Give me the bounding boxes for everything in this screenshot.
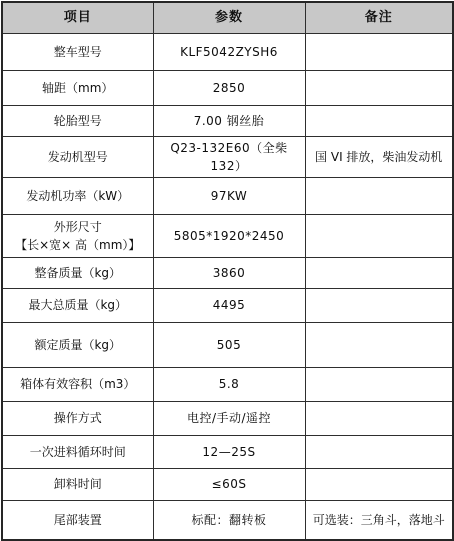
- value-cell: Q23-132E60（全柴 132）: [153, 136, 305, 177]
- value-cell: 3860: [153, 257, 305, 288]
- note-cell: [305, 322, 453, 367]
- item-cell: 轮胎型号: [2, 105, 153, 136]
- table-row: 额定质量（kg） 505: [2, 322, 453, 367]
- table-row: 轴距（mm） 2850: [2, 70, 453, 105]
- value-cell: 97KW: [153, 177, 305, 214]
- item-cell: 整备质量（kg）: [2, 257, 153, 288]
- note-cell: 可选装：三角斗，落地斗: [305, 500, 453, 540]
- item-cell: 额定质量（kg）: [2, 322, 153, 367]
- header-parameter: 参数: [153, 2, 305, 33]
- header-note: 备注: [305, 2, 453, 33]
- value-cell: 505: [153, 322, 305, 367]
- item-cell: 操作方式: [2, 401, 153, 435]
- item-cell: 外形尺寸 【长×宽× 高（mm）】: [2, 214, 153, 257]
- table-row: 轮胎型号 7.00 钢丝胎: [2, 105, 453, 136]
- item-cell: 卸料时间: [2, 468, 153, 500]
- value-cell: 5.8: [153, 367, 305, 401]
- note-cell: [305, 33, 453, 70]
- table-row: 外形尺寸 【长×宽× 高（mm）】 5805*1920*2450: [2, 214, 453, 257]
- note-cell: [305, 401, 453, 435]
- item-cell: 最大总质量（kg）: [2, 288, 153, 322]
- table-row: 箱体有效容积（m3） 5.8: [2, 367, 453, 401]
- table-row: 尾部装置 标配：翻转板 可选装：三角斗，落地斗: [2, 500, 453, 540]
- table-row: 一次进料循环时间 12—25S: [2, 435, 453, 468]
- item-cell: 尾部装置: [2, 500, 153, 540]
- note-cell: [305, 435, 453, 468]
- header-row: 项目 参数 备注: [2, 2, 453, 33]
- note-cell: [305, 70, 453, 105]
- note-cell: [305, 468, 453, 500]
- table-row: 操作方式 电控/手动/遥控: [2, 401, 453, 435]
- spec-table: 项目 参数 备注 整车型号 KLF5042ZYSH6 轴距（mm） 2850 轮…: [1, 1, 454, 541]
- note-cell: [305, 214, 453, 257]
- item-cell: 整车型号: [2, 33, 153, 70]
- value-cell: 12—25S: [153, 435, 305, 468]
- table-row: 卸料时间 ≤60S: [2, 468, 453, 500]
- table-row: 最大总质量（kg） 4495: [2, 288, 453, 322]
- note-cell: [305, 367, 453, 401]
- item-cell: 发动机功率（kW）: [2, 177, 153, 214]
- note-cell: [305, 177, 453, 214]
- value-cell: 标配：翻转板: [153, 500, 305, 540]
- item-cell: 发动机型号: [2, 136, 153, 177]
- item-cell: 轴距（mm）: [2, 70, 153, 105]
- table-row: 整备质量（kg） 3860: [2, 257, 453, 288]
- note-cell: 国 VI 排放，柴油发动机: [305, 136, 453, 177]
- document-page: 项目 参数 备注 整车型号 KLF5042ZYSH6 轴距（mm） 2850 轮…: [0, 0, 454, 536]
- value-cell: KLF5042ZYSH6: [153, 33, 305, 70]
- table-row: 整车型号 KLF5042ZYSH6: [2, 33, 453, 70]
- value-cell: 4495: [153, 288, 305, 322]
- header-item: 项目: [2, 2, 153, 33]
- item-cell: 箱体有效容积（m3）: [2, 367, 153, 401]
- value-cell: 电控/手动/遥控: [153, 401, 305, 435]
- value-cell: 5805*1920*2450: [153, 214, 305, 257]
- value-cell: 7.00 钢丝胎: [153, 105, 305, 136]
- value-cell: 2850: [153, 70, 305, 105]
- note-cell: [305, 257, 453, 288]
- note-cell: [305, 288, 453, 322]
- item-cell: 一次进料循环时间: [2, 435, 153, 468]
- table-row: 发动机型号 Q23-132E60（全柴 132） 国 VI 排放，柴油发动机: [2, 136, 453, 177]
- value-cell: ≤60S: [153, 468, 305, 500]
- note-cell: [305, 105, 453, 136]
- table-row: 发动机功率（kW） 97KW: [2, 177, 453, 214]
